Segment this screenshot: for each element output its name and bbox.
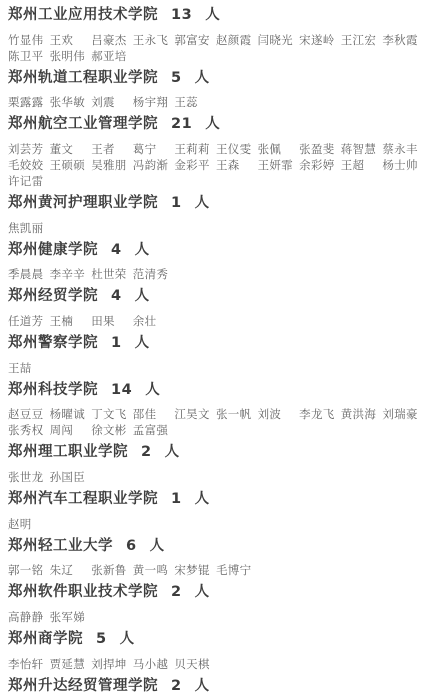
person-name: 王欢 [50,32,92,48]
person-name: 冯韵渐 [133,157,175,173]
person-name: 蔡永丰 [382,141,423,157]
school-section: 郑州商学院5人李怡轩贾延慧刘捍坤马小越贝天棋 [8,631,417,672]
names-grid: 赵豆豆杨曜诚丁文飞邵佳江昊文张一帆刘波李龙飞黄洪海刘瑞豪张秀权周闯徐文彬孟富强 [8,406,417,438]
names-grid: 高静静张军娣 [8,609,417,625]
person-name: 葛宁 [133,141,175,157]
person-name: 宋梦锟 [174,562,216,578]
person-count: 1 [111,335,122,351]
person-unit-label: 人 [165,444,180,460]
person-name: 李秋霞 [382,32,423,48]
person-name: 张秀权 [8,422,50,438]
school-name: 郑州航空工业管理学院 [8,116,158,132]
person-name: 毛博宁 [216,562,258,578]
section-header: 郑州健康学院4人 [8,242,417,259]
person-name: 李龙飞 [299,406,341,422]
person-name: 周闯 [50,422,92,438]
section-header: 郑州航空工业管理学院21人 [8,116,417,133]
person-name: 孙国臣 [50,469,92,485]
names-grid: 竹显伟王欢吕豪杰王永飞郭富安赵颜霞闫晓光宋遂岭王江宏李秋霞陈卫平张明伟郝亚培 [8,32,417,64]
person-unit-label: 人 [195,678,210,694]
person-name: 朱辽 [50,562,92,578]
person-name: 杨宇翔 [133,94,175,110]
school-section: 郑州轻工业大学6人郭一铭朱辽张新鲁黄一鸣宋梦锟毛博宁 [8,538,417,579]
person-name: 王永飞 [133,32,175,48]
section-header: 郑州经贸学院4人 [8,288,417,305]
person-unit-label: 人 [195,195,210,211]
person-name: 闫晓光 [258,32,300,48]
person-name: 张军娣 [50,609,92,625]
person-name: 贾延慧 [50,656,92,672]
person-name: 郝亚培 [91,48,133,64]
person-name: 黄洪海 [341,406,383,422]
person-name: 栗露露 [8,94,50,110]
person-count: 2 [171,678,182,694]
person-name: 徐文彬 [91,422,133,438]
school-section: 郑州软件职业技术学院2人高静静张军娣 [8,584,417,625]
person-name: 马小越 [133,656,175,672]
school-section: 郑州理工职业学院2人张世龙孙国臣 [8,444,417,485]
person-name: 张一帆 [216,406,258,422]
names-grid: 焦凯丽 [8,220,417,236]
person-name: 范清秀 [133,266,175,282]
person-unit-label: 人 [120,631,135,647]
person-count: 2 [141,444,152,460]
person-name: 杨曜诚 [50,406,92,422]
person-name: 王蕊 [174,94,216,110]
names-grid: 季晨晨李辛辛杜世荣范清秀 [8,266,417,282]
person-name: 许记雷 [8,173,50,189]
person-name: 刘捍坤 [91,656,133,672]
school-section: 郑州升达经贸管理学院2人 [8,678,417,695]
person-name: 王莉莉 [174,141,216,157]
person-name: 毛姣姣 [8,157,50,173]
school-name: 郑州汽车工程职业学院 [8,491,158,507]
person-count: 14 [111,382,132,398]
person-name: 李怡轩 [8,656,50,672]
school-section: 郑州科技学院14人赵豆豆杨曜诚丁文飞邵佳江昊文张一帆刘波李龙飞黄洪海刘瑞豪张秀权… [8,382,417,439]
person-count: 1 [171,491,182,507]
person-unit-label: 人 [145,382,160,398]
person-name: 张新鲁 [91,562,133,578]
person-unit-label: 人 [195,491,210,507]
person-name: 赵豆豆 [8,406,50,422]
person-name: 刘震 [91,94,133,110]
section-header: 郑州工业应用技术学院13人 [8,7,417,24]
section-header: 郑州科技学院14人 [8,382,417,399]
person-name: 张世龙 [8,469,50,485]
person-unit-label: 人 [205,7,220,23]
person-name: 竹显伟 [8,32,50,48]
names-grid: 栗露露张华敏刘震杨宇翔王蕊 [8,94,417,110]
person-unit-label: 人 [135,242,150,258]
person-unit-label: 人 [195,584,210,600]
school-roster-list: 郑州工业应用技术学院13人竹显伟王欢吕豪杰王永飞郭富安赵颜霞闫晓光宋遂岭王江宏李… [8,7,417,694]
names-grid: 刘芸芳董文王者葛宁王莉莉王仪雯张佩张盈斐蒋智慧蔡永丰毛姣姣王硕硕吴雅朋冯韵渐金彩… [8,141,417,189]
person-count: 21 [171,116,192,132]
section-header: 郑州商学院5人 [8,631,417,648]
person-unit-label: 人 [135,288,150,304]
school-section: 郑州健康学院4人季晨晨李辛辛杜世荣范清秀 [8,242,417,283]
person-name: 张华敏 [50,94,92,110]
school-name: 郑州理工职业学院 [8,444,128,460]
person-name: 刘波 [258,406,300,422]
person-unit-label: 人 [195,70,210,86]
names-grid: 李怡轩贾延慧刘捍坤马小越贝天棋 [8,656,417,672]
person-name: 任道芳 [8,313,50,329]
section-header: 郑州警察学院1人 [8,335,417,352]
person-name: 高静静 [8,609,50,625]
school-section: 郑州工业应用技术学院13人竹显伟王欢吕豪杰王永飞郭富安赵颜霞闫晓光宋遂岭王江宏李… [8,7,417,64]
person-count: 2 [171,584,182,600]
person-name: 王硕硕 [50,157,92,173]
person-name: 田果 [91,313,133,329]
person-name: 王楠 [50,313,92,329]
person-name: 蒋智慧 [341,141,383,157]
person-name: 杜世荣 [91,266,133,282]
person-name: 董文 [50,141,92,157]
person-name: 王江宏 [341,32,383,48]
person-name: 余壮 [133,313,175,329]
school-name: 郑州黄河护理职业学院 [8,195,158,211]
person-name: 刘瑞豪 [382,406,423,422]
person-name: 宋遂岭 [299,32,341,48]
school-name: 郑州经贸学院 [8,288,98,304]
school-name: 郑州软件职业技术学院 [8,584,158,600]
person-name: 孟富强 [133,422,175,438]
person-name: 江昊文 [174,406,216,422]
names-grid: 郭一铭朱辽张新鲁黄一鸣宋梦锟毛博宁 [8,562,417,578]
section-header: 郑州理工职业学院2人 [8,444,417,461]
names-grid: 张世龙孙国臣 [8,469,417,485]
school-name: 郑州升达经贸管理学院 [8,678,158,694]
person-count: 1 [171,195,182,211]
section-header: 郑州轻工业大学6人 [8,538,417,555]
person-count: 4 [111,288,122,304]
school-section: 郑州经贸学院4人任道芳王楠田果余壮 [8,288,417,329]
school-section: 郑州轨道工程职业学院5人栗露露张华敏刘震杨宇翔王蕊 [8,70,417,111]
person-name: 丁文飞 [91,406,133,422]
person-name: 郭富安 [174,32,216,48]
person-name: 季晨晨 [8,266,50,282]
section-header: 郑州黄河护理职业学院1人 [8,195,417,212]
person-name: 金彩平 [174,157,216,173]
person-unit-label: 人 [150,538,165,554]
school-section: 郑州汽车工程职业学院1人赵明 [8,491,417,532]
person-name: 刘芸芳 [8,141,50,157]
person-name: 余彩婷 [299,157,341,173]
person-unit-label: 人 [135,335,150,351]
person-name: 王妍霏 [258,157,300,173]
person-name: 李辛辛 [50,266,92,282]
section-header: 郑州汽车工程职业学院1人 [8,491,417,508]
school-name: 郑州警察学院 [8,335,98,351]
person-name: 赵明 [8,516,50,532]
person-count: 4 [111,242,122,258]
school-name: 郑州轨道工程职业学院 [8,70,158,86]
school-name: 郑州健康学院 [8,242,98,258]
names-grid: 任道芳王楠田果余壮 [8,313,417,329]
section-header: 郑州轨道工程职业学院5人 [8,70,417,87]
person-name: 王森 [216,157,258,173]
school-section: 郑州航空工业管理学院21人刘芸芳董文王者葛宁王莉莉王仪雯张佩张盈斐蒋智慧蔡永丰毛… [8,116,417,189]
school-name: 郑州工业应用技术学院 [8,7,158,23]
person-name: 张明伟 [50,48,92,64]
person-name: 邵佳 [133,406,175,422]
person-name: 陈卫平 [8,48,50,64]
person-name: 郭一铭 [8,562,50,578]
school-name: 郑州商学院 [8,631,83,647]
school-name: 郑州科技学院 [8,382,98,398]
person-name: 张盈斐 [299,141,341,157]
person-count: 6 [126,538,137,554]
person-name: 王者 [91,141,133,157]
person-name: 黄一鸣 [133,562,175,578]
person-count: 5 [171,70,182,86]
school-section: 郑州黄河护理职业学院1人焦凯丽 [8,195,417,236]
person-unit-label: 人 [205,116,220,132]
person-name: 王喆 [8,360,50,376]
person-name: 杨士帅 [382,157,423,173]
person-name: 王仪雯 [216,141,258,157]
person-name: 贝天棋 [174,656,216,672]
person-count: 13 [171,7,192,23]
school-name: 郑州轻工业大学 [8,538,113,554]
names-grid: 王喆 [8,360,417,376]
school-section: 郑州警察学院1人王喆 [8,335,417,376]
person-count: 5 [96,631,107,647]
person-name: 焦凯丽 [8,220,50,236]
person-name: 王超 [341,157,383,173]
section-header: 郑州软件职业技术学院2人 [8,584,417,601]
person-name: 吕豪杰 [91,32,133,48]
section-header: 郑州升达经贸管理学院2人 [8,678,417,695]
person-name: 张佩 [258,141,300,157]
person-name: 赵颜霞 [216,32,258,48]
names-grid: 赵明 [8,516,417,532]
person-name: 吴雅朋 [91,157,133,173]
